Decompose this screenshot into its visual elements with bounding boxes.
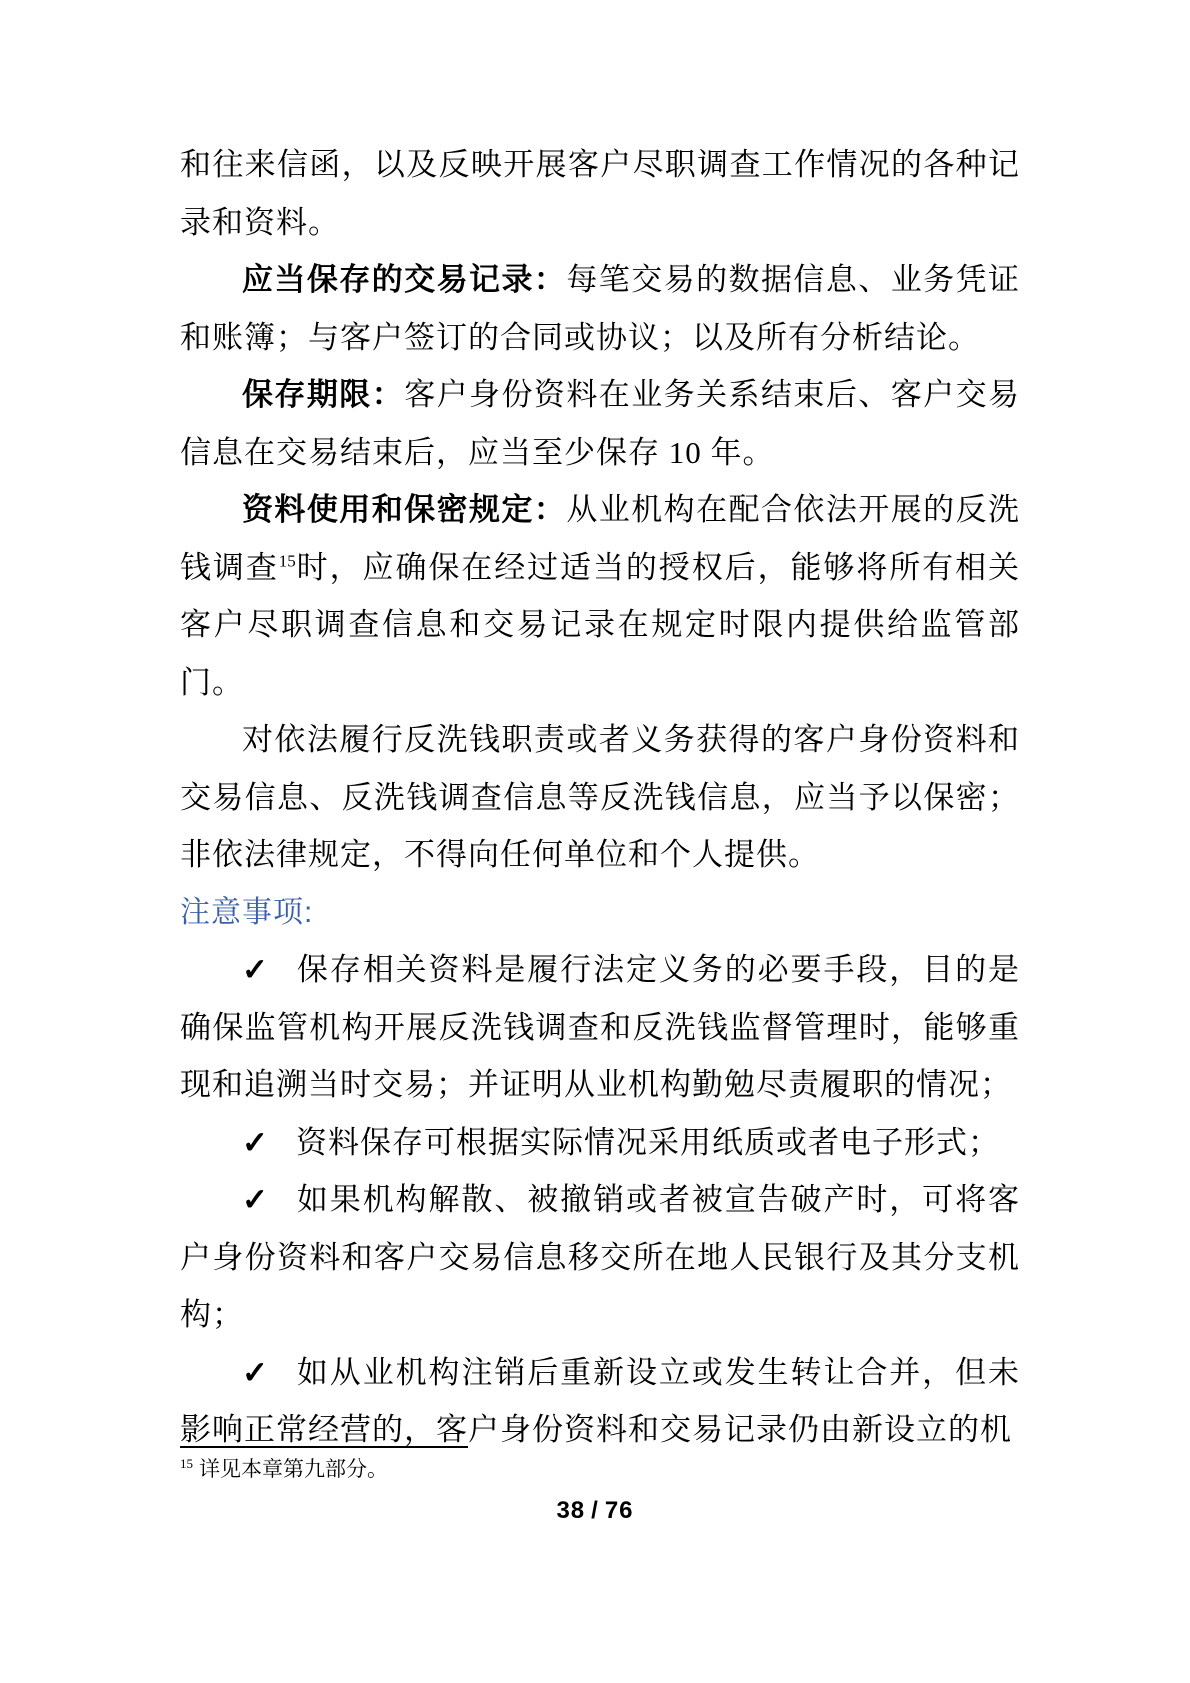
page-number-separator: / [591, 1497, 599, 1524]
bullet-text: 资料保存可根据实际情况采用纸质或者电子形式； [296, 1125, 1000, 1160]
paragraph-transaction-records: 应当保存的交易记录：每笔交易的数据信息、业务凭证和账簿；与客户签订的合同或协议；… [180, 251, 1020, 366]
footnote-ref-15: 15 [279, 551, 296, 570]
footnote-marker: 15 [180, 1456, 193, 1471]
checkmark-icon: ✓ [242, 952, 269, 987]
bullet-item-reestablishment: ✓如从业机构注销后重新设立或发生转让合并，但未影响正常经营的，客户身份资料和交易… [180, 1344, 1020, 1459]
checkmark-icon: ✓ [242, 1182, 269, 1217]
paragraph-records-continuation: 和往来信函，以及反映开展客户尽职调查工作情况的各种记录和资料。 [180, 136, 1020, 251]
bullet-item-retention-purpose: ✓保存相关资料是履行法定义务的必要手段，目的是确保监管机构开展反洗钱调查和反洗钱… [180, 941, 1020, 1114]
bullet-text: 保存相关资料是履行法定义务的必要手段，目的是确保监管机构开展反洗钱调查和反洗钱监… [180, 952, 1020, 1102]
checkmark-icon: ✓ [242, 1355, 269, 1390]
bullet-item-dissolution-transfer: ✓如果机构解散、被撤销或者被宣告破产时，可将客户身份资料和客户交易信息移交所在地… [180, 1171, 1020, 1344]
page-number-current: 38 [556, 1497, 585, 1524]
notice-heading: 注意事项: [180, 884, 1020, 942]
paragraph-lead-label: 应当保存的交易记录： [242, 262, 566, 297]
bullet-item-storage-format: ✓资料保存可根据实际情况采用纸质或者电子形式； [180, 1114, 1020, 1172]
page-number: 38/76 [0, 1496, 1190, 1526]
bullet-text: 如从业机构注销后重新设立或发生转让合并，但未影响正常经营的，客户身份资料和交易记… [180, 1355, 1020, 1448]
paragraph-lead-label: 资料使用和保密规定： [242, 492, 566, 527]
document-content: 和往来信函，以及反映开展客户尽职调查工作情况的各种记录和资料。 应当保存的交易记… [180, 136, 1020, 1459]
checkmark-icon: ✓ [242, 1125, 268, 1160]
paragraph-confidentiality-rules: 资料使用和保密规定：从业机构在配合依法开展的反洗钱调查15时，应确保在经过适当的… [180, 481, 1020, 711]
paragraph-secrecy-obligation: 对依法履行反洗钱职责或者义务获得的客户身份资料和交易信息、反洗钱调查信息等反洗钱… [180, 711, 1020, 884]
footnote: 15详见本章第九部分。 [180, 1454, 1020, 1484]
paragraph-text: 时，应确保在经过适当的授权后，能够将所有相关客户尽职调查信息和交易记录在规定时限… [180, 550, 1020, 700]
paragraph-lead-label: 保存期限： [242, 377, 404, 412]
paragraph-text: 和往来信函，以及反映开展客户尽职调查工作情况的各种记录和资料。 [180, 147, 1020, 240]
page-number-total: 76 [605, 1497, 634, 1524]
paragraph-retention-period: 保存期限：客户身份资料在业务关系结束后、客户交易信息在交易结束后，应当至少保存 … [180, 366, 1020, 481]
paragraph-text: 对依法履行反洗钱职责或者义务获得的客户身份资料和交易信息、反洗钱调查信息等反洗钱… [180, 722, 1020, 872]
document-page: 和往来信函，以及反映开展客户尽职调查工作情况的各种记录和资料。 应当保存的交易记… [0, 0, 1190, 1683]
bullet-text: 如果机构解散、被撤销或者被宣告破产时，可将客户身份资料和客户交易信息移交所在地人… [180, 1182, 1020, 1332]
footnote-text: 详见本章第九部分。 [199, 1457, 388, 1481]
footnote-separator-rule [180, 1446, 468, 1448]
